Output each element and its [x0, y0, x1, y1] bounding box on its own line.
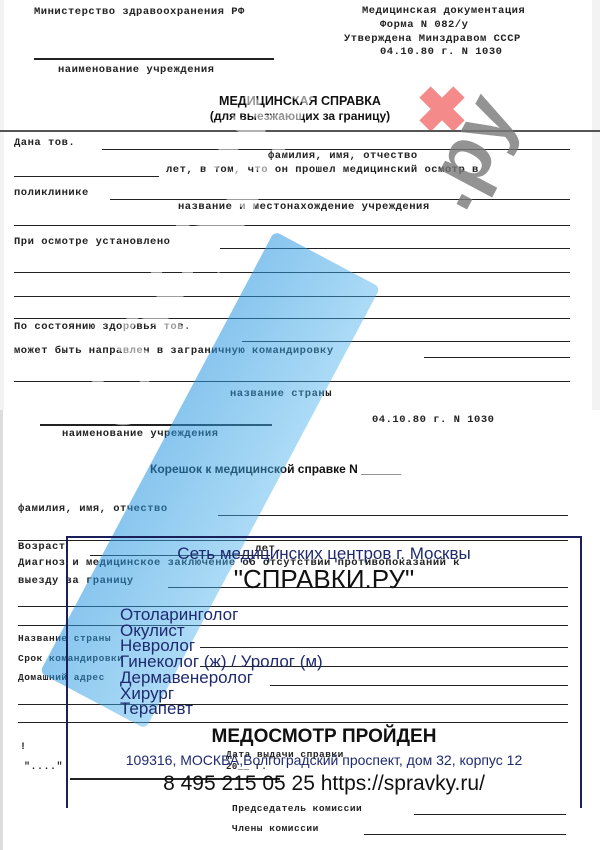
stub-dots: "....": [24, 762, 63, 773]
institution-line: [34, 58, 274, 60]
stub-approval-date: 04.10.80 г. N 1030: [372, 414, 494, 426]
institution-caption: наименование учреждения: [58, 64, 214, 76]
stub-mark: !: [20, 742, 27, 753]
stamp-brand: "СПРАВКИ.РУ": [68, 564, 580, 595]
form-number: Форма N 082/у: [380, 19, 468, 31]
stamp-network: Сеть медицинских центров г. Москвы: [68, 544, 580, 564]
specialist-item: Терапевт: [120, 700, 193, 717]
clinic-stamp: Сеть медицинских центров г. Москвы "СПРА…: [66, 536, 582, 808]
stub-chairman-field[interactable]: [414, 814, 566, 815]
stub-fio-field[interactable]: [218, 515, 568, 516]
stamp-status: МЕДОСМОТР ПРОЙДЕН: [68, 726, 580, 748]
clinic-label: поликлинике: [14, 187, 89, 199]
stub-members-label: Члены комиссии: [232, 823, 319, 834]
country-field[interactable]: [424, 357, 570, 358]
approved-by: Утверждена Минздравом СССР: [344, 33, 521, 45]
stub-members-field[interactable]: [364, 834, 566, 835]
clinic-field-2[interactable]: [14, 225, 570, 226]
stamp-address: 109316, МОСКВА,Волгоградский проспект, д…: [68, 752, 580, 768]
ministry-label: Министерство здравоохранения РФ: [34, 6, 245, 18]
age-field[interactable]: [14, 176, 159, 177]
stub-age-label: Возраст: [18, 541, 66, 553]
issued-to-label: Дана тов.: [14, 137, 75, 149]
stamp-contacts[interactable]: 8 495 215 05 25 https://spravky.ru/: [68, 772, 580, 796]
doc-type-label: Медицинская документация: [362, 5, 525, 17]
approval-date: 04.10.80 г. N 1030: [380, 46, 502, 58]
